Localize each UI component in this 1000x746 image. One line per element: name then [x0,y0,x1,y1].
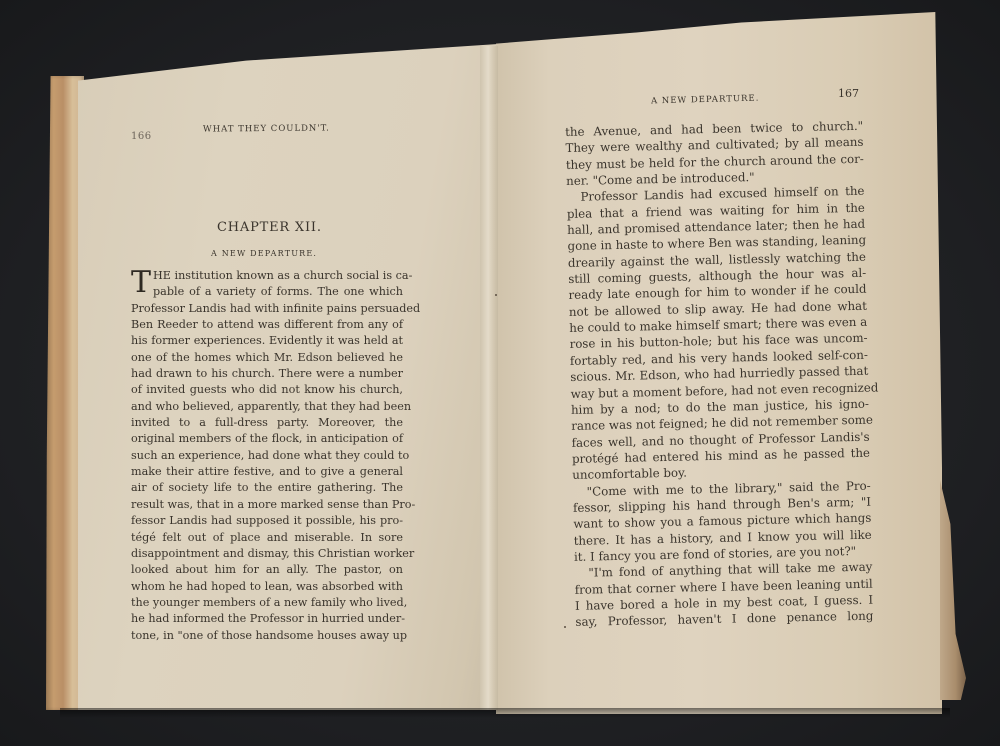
left-page-number: 166 [131,131,152,142]
text-line: of invited guests who did not know his c… [131,382,403,398]
open-book: 166 WHAT THEY COULDN'T. CHAPTER XII. A N… [0,0,1000,746]
text-line: he had informed the Professor in hurried… [131,611,403,627]
book-gutter [480,46,498,710]
paper-speck [564,626,566,628]
text-line: Professor Landis had with infinite pains… [131,301,403,317]
text-line: had drawn to his church. There were a nu… [131,366,403,382]
right-page-number: 167 [838,87,859,100]
text-line: the younger members of a new family who … [131,595,403,611]
text-line: disappointment and dismay, this Christia… [131,546,403,562]
text-line: pable of a variety of forms. The one whi… [131,284,403,300]
right-page-edges [940,480,966,700]
text-line: tégé felt out of place and miserable. In… [131,530,403,546]
text-line: HE institution known as a church social … [131,268,403,284]
text-line: whom he had hoped to lean, was absorbed … [131,579,403,595]
text-line: and who believed, apparently, that they … [131,399,403,415]
text-line: result was, that in a more marked sense … [131,497,403,513]
left-running-head: WHAT THEY COULDN'T. [203,123,330,134]
text-line: his former experiences. Evidently it was… [131,333,403,349]
text-line: one of the homes which Mr. Edson believe… [131,350,403,366]
text-line: tone, in "one of those handsome houses a… [131,628,403,644]
text-line: Ben Reeder to attend was different from … [131,317,403,333]
text-line: air of society life to the entire gather… [131,480,403,496]
drop-cap: T [131,270,151,296]
chapter-subtitle: A NEW DEPARTURE. [211,249,317,258]
text-line: make their attire festive, and to give a… [131,464,403,480]
text-line: invited to a full-dress party. Moreover,… [131,415,403,431]
chapter-title: CHAPTER XII. [217,220,322,235]
stitch-mark [495,294,497,296]
book-shadow [60,708,950,718]
text-line: original members of the flock, in antici… [131,431,403,447]
right-page-body: the Avenue, and had been twice to church… [565,118,874,631]
text-line: looked about him for an ally. The pastor… [131,562,403,578]
left-page-body: T HE institution known as a church socia… [131,268,403,644]
text-line: fessor Landis had supposed it possible, … [131,513,403,529]
text-line: such an experience, had done what they c… [131,448,403,464]
